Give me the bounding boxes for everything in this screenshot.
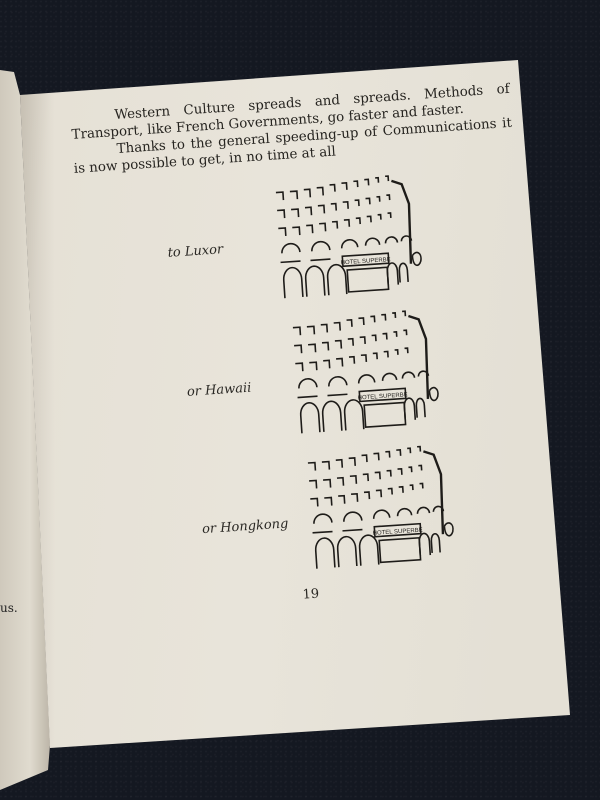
caption-luxor: to Luxor xyxy=(167,242,223,261)
illustration-row-luxor: to Luxor HOTEL SUPERBE xyxy=(75,163,523,322)
hotel-superbe-illustration: HOTEL SUPERBE xyxy=(288,304,446,440)
illustration-row-hawaii: or Hawaii HOTEL SUPERBE xyxy=(84,298,532,457)
hotel-superbe-illustration: HOTEL SUPERBE xyxy=(271,169,429,305)
caption-hawaii: or Hawaii xyxy=(186,381,251,400)
left-page-text-fragment: us. xyxy=(0,601,18,615)
hotel-superbe-illustration: HOTEL SUPERBE xyxy=(303,439,461,575)
page-number: 19 xyxy=(302,587,320,603)
illustration-row-hongkong: or Hongkong HOTEL SUPERBE xyxy=(93,434,541,593)
caption-hongkong: or Hongkong xyxy=(202,516,289,537)
page-content: Western Culture spreads and spreads. Met… xyxy=(70,81,543,629)
